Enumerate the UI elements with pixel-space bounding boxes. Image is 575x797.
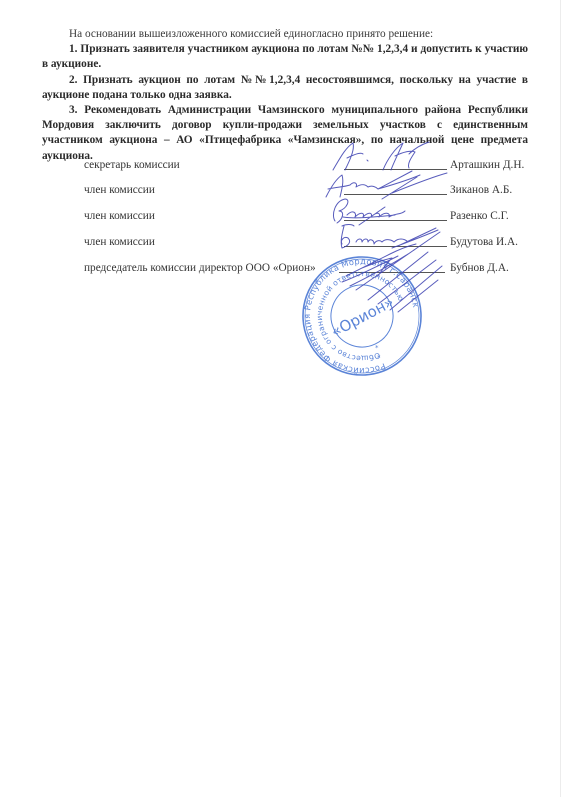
- signature-row-chairman: председатель комиссии директор ООО «Орио…: [84, 258, 524, 276]
- signer-name: Разенко С.Г.: [450, 210, 509, 222]
- signature-line: [339, 272, 445, 273]
- signer-name: Будутова И.А.: [450, 236, 518, 248]
- signer-name: Бубнов Д.А.: [450, 262, 509, 274]
- svg-text:*: *: [377, 354, 381, 362]
- signature-line: [344, 194, 447, 195]
- signature-line: [344, 220, 447, 221]
- document-page: На основании вышеизложенного комиссией е…: [0, 0, 575, 797]
- signature-row-member-2: член комиссии Разенко С.Г.: [84, 206, 524, 224]
- signature-row-secretary: секретарь комиссии Арташкин Д.Н.: [84, 155, 524, 173]
- svg-text:«Орион»: «Орион»: [328, 293, 397, 341]
- signer-role: председатель комиссии директор ООО «Орио…: [84, 262, 316, 274]
- signer-role: член комиссии: [84, 210, 155, 222]
- signer-role: секретарь комиссии: [84, 159, 180, 171]
- signature-bubnov-icon: [338, 240, 448, 320]
- decision-text: На основании вышеизложенного комиссией е…: [42, 27, 528, 164]
- signer-role: член комиссии: [84, 236, 155, 248]
- signature-line: [344, 246, 447, 247]
- signature-row-member-1: член комиссии Зиканов А.Б.: [84, 180, 524, 198]
- signer-name: Зиканов А.Б.: [450, 184, 512, 196]
- svg-text:*: *: [375, 344, 379, 352]
- signature-line: [344, 169, 447, 170]
- decision-1: 1. Признать заявителя участником аукцион…: [42, 42, 528, 72]
- signer-role: член комиссии: [84, 184, 155, 196]
- scan-edge-line: [560, 0, 561, 797]
- decision-2: 2. Признать аукцион по лотам №№1,2,3,4 н…: [42, 73, 528, 103]
- signature-row-member-3: член комиссии Будутова И.А.: [84, 232, 524, 250]
- intro-paragraph: На основании вышеизложенного комиссией е…: [42, 27, 528, 42]
- signer-name: Арташкин Д.Н.: [450, 159, 524, 171]
